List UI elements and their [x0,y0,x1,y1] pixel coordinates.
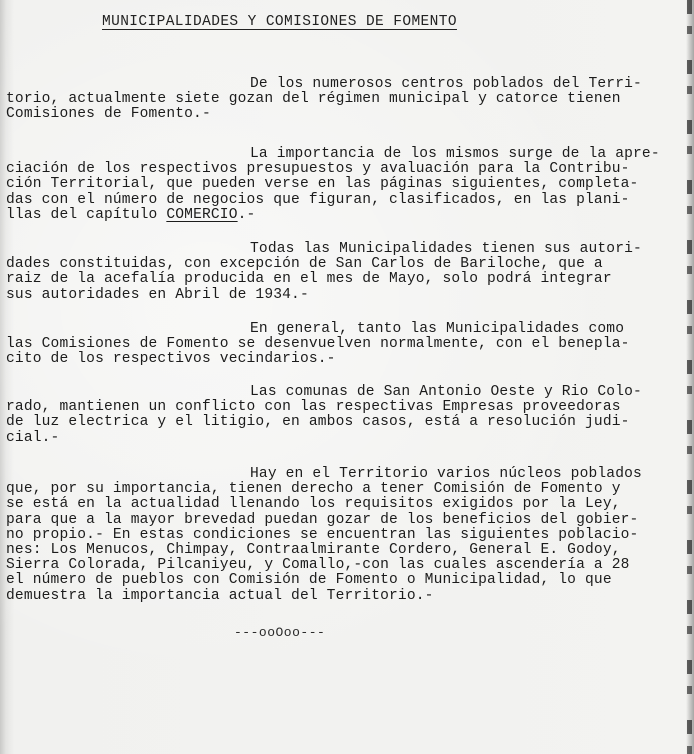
paragraph-3: Todas las Municipalidades tienen sus aut… [6,242,674,303]
paragraph-line: cito de los respectivos vecindarios.- [6,352,674,367]
paragraph-line: cial.- [6,431,674,446]
paragraph-line: no propio.- En estas condiciones se encu… [6,528,674,543]
paragraph-2: La importancia de los mismos surge de la… [6,147,674,223]
paragraph-line: De los numerosos centros poblados del Te… [6,77,674,92]
closing-ornament: ---ooOoo--- [234,625,325,640]
paragraph-line: Sierra Colorada, Pilcaniyeu, y Comallo,-… [6,558,674,573]
paragraph-line: das con el número de negocios que figura… [6,193,674,208]
paragraph-line: Las comunas de San Antonio Oeste y Rio C… [6,385,674,400]
paragraph-line: demuestra la importancia actual del Terr… [6,589,674,604]
paragraph-4: En general, tanto las Municipalidades co… [6,322,674,368]
paragraph-suffix: .- [238,207,256,223]
paragraph-5: Las comunas de San Antonio Oeste y Rio C… [6,385,674,446]
scanned-page: MUNICIPALIDADES Y COMISIONES DE FOMENTO … [0,0,694,754]
paragraph-line-last: llas del capítulo COMERCIO.- [6,208,674,223]
paragraph-line: el número de pueblos con Comisión de Fom… [6,573,674,588]
paragraph-line: Comisiones de Fomento.- [6,107,674,122]
paragraph-6: Hay en el Territorio varios núcleos pobl… [6,467,674,604]
paragraph-line: sus autoridades en Abril de 1934.- [6,288,674,303]
paragraph-line: rado, mantienen un conflicto con las res… [6,400,674,415]
paragraph-line: En general, tanto las Municipalidades co… [6,322,674,337]
paragraph-line: torio, actualmente siete gozan del régim… [6,92,674,107]
paragraph-line: para que a la mayor brevedad puedan goza… [6,513,674,528]
paragraph-line: de luz electrica y el litigio, en ambos … [6,415,674,430]
paragraph-line: La importancia de los mismos surge de la… [6,147,674,162]
paragraph-line: ción Territorial, que pueden verse en la… [6,177,674,192]
paragraph-1: De los numerosos centros poblados del Te… [6,77,674,123]
paragraph-line: nes: Los Menucos, Chimpay, Contraalmiran… [6,543,674,558]
paragraph-line: Todas las Municipalidades tienen sus aut… [6,242,674,257]
paragraph-text: llas del capítulo [6,207,166,223]
paragraph-line: ciación de los respectivos presupuestos … [6,162,674,177]
paragraph-line: dades constituidas, con excepción de San… [6,257,674,272]
paragraph-line: raiz de la acefalía producida en el mes … [6,272,674,287]
emphasis-comercio: COMERCIO [166,207,237,223]
paragraph-line: las Comisiones de Fomento se desenvuelve… [6,337,674,352]
document-title: MUNICIPALIDADES Y COMISIONES DE FOMENTO [102,14,457,30]
binding-marks [687,0,692,754]
paragraph-line: Hay en el Territorio varios núcleos pobl… [6,467,674,482]
paragraph-line: se está en la actualidad llenando los re… [6,497,674,512]
paragraph-line: que, por su importancia, tienen derecho … [6,482,674,497]
